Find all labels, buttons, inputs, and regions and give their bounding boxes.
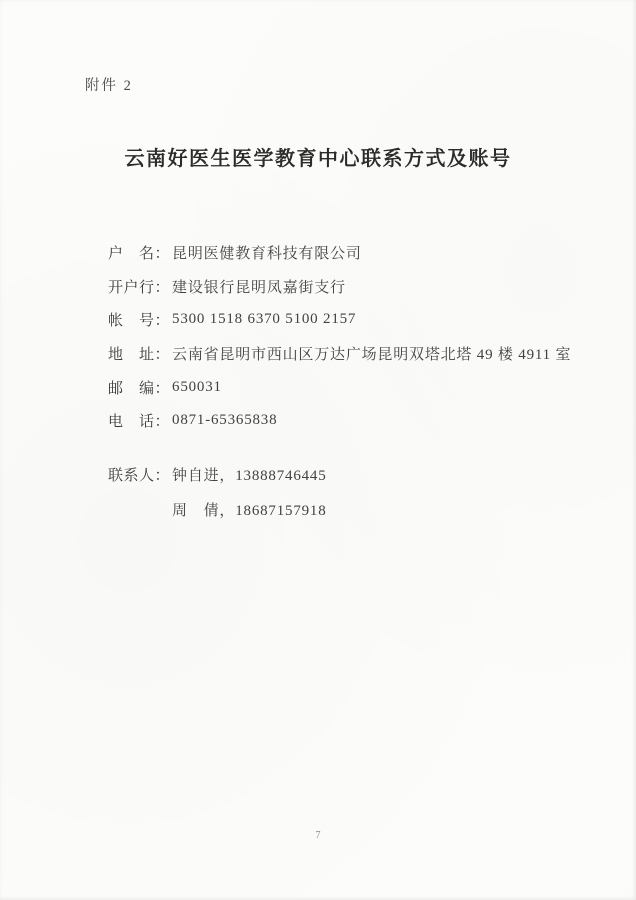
info-value: 建设银行昆明凤嘉街支行 <box>172 276 346 297</box>
attachment-label: 附件 2 <box>85 74 133 95</box>
info-label: 地 址： <box>108 343 170 364</box>
info-row-account-name: 户 名： 昆明医健教育科技有限公司 <box>108 236 596 270</box>
contact-entry: 钟自进，13888746445 <box>172 459 327 494</box>
info-value: 650031 <box>172 379 222 396</box>
info-row-phone: 电 话： 0871-65365838 <box>108 404 596 438</box>
document-page: 附件 2 云南好医生医学教育中心联系方式及账号 户 名： 昆明医健教育科技有限公… <box>0 0 636 900</box>
info-label: 户 名： <box>108 242 170 263</box>
info-label: 帐 号： <box>108 309 170 330</box>
contact-entries: 钟自进，13888746445 周 倩，18687157918 <box>172 459 327 528</box>
contacts-label: 联系人： <box>108 459 170 528</box>
info-row-account-number: 帐 号： 5300 1518 6370 5100 2157 <box>108 303 596 337</box>
document-title: 云南好医生医学教育中心联系方式及账号 <box>0 142 636 171</box>
contacts-block: 联系人： 钟自进，13888746445 周 倩，18687157918 <box>108 459 327 528</box>
info-value: 昆明医健教育科技有限公司 <box>172 242 362 263</box>
account-info-block: 户 名： 昆明医健教育科技有限公司 开户行： 建设银行昆明凤嘉街支行 帐 号： … <box>108 236 596 438</box>
info-value: 云南省昆明市西山区万达广场昆明双塔北塔 49 楼 4911 室 <box>172 343 571 364</box>
info-row-postcode: 邮 编： 650031 <box>108 370 596 404</box>
info-value: 5300 1518 6370 5100 2157 <box>172 311 356 328</box>
page-number: 7 <box>0 830 636 841</box>
info-row-address: 地 址： 云南省昆明市西山区万达广场昆明双塔北塔 49 楼 4911 室 <box>108 337 596 371</box>
info-value: 0871-65365838 <box>172 412 277 429</box>
info-label: 开户行： <box>108 276 170 297</box>
contact-entry: 周 倩，18687157918 <box>172 494 327 529</box>
info-row-bank: 开户行： 建设银行昆明凤嘉街支行 <box>108 270 596 304</box>
info-label: 邮 编： <box>108 377 170 398</box>
info-label: 电 话： <box>108 410 170 431</box>
